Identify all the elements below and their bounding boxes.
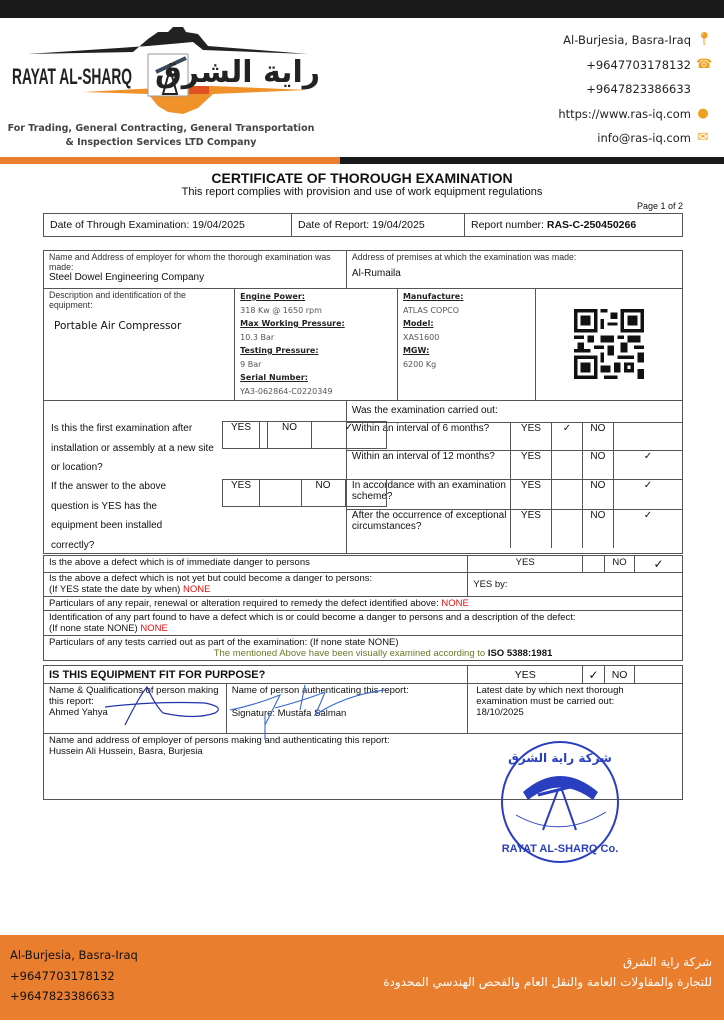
repair-cell: Particulars of any repair, renewal or al… [44,597,683,611]
contact-text[interactable]: +9647703178132 [586,58,691,72]
website-link[interactable]: https://www.ras-iq.com [558,107,691,121]
identification-question: Identification of any part found to have… [49,612,576,623]
no-checkbox[interactable]: ✓ [635,556,683,573]
fit-row: IS THIS EQUIPMENT FIT FOR PURPOSE? YES ✓… [44,666,683,684]
tagline-line-2: & Inspection Services LTD Company [0,136,322,150]
tests-standard: ISO 5388:1981 [488,648,552,659]
page-title: CERTIFICATE OF THOROUGH EXAMINATION [0,170,724,186]
premises-label: Address of premises at which the examina… [352,252,677,262]
spec-label: Model [403,319,430,328]
repair-question: Particulars of any repair, renewal or al… [49,598,439,609]
yes-checkbox[interactable]: ✓ [551,423,582,451]
row-question: Within an interval of 12 months? [347,451,511,480]
repair-value: NONE [441,598,468,609]
future-danger-question: Is the above a defect which is not yet b… [44,573,468,597]
spec-label: Engine Power [240,292,302,301]
spec-label: Manufacture [403,292,460,301]
footer-arabic-name: شركة راية الشرق للتجارة والمقاولات العام… [383,952,712,992]
spec-value: 10.3 Bar [240,333,274,342]
carried-out-cell: Was the examination carried out: Within … [346,401,682,554]
q2-answer-table: YESNO [222,479,387,507]
equipment-value: Portable Air Compressor [49,320,229,332]
maker-name: Ahmed Yahya [49,707,108,718]
spec-label: Serial Number [240,373,305,382]
report-number-cell: Report number: RAS-C-250450266 [465,214,683,237]
yes-label: YES [468,666,583,684]
footer-contacts: Al-Burjesia, Basra-Iraq +9647703178132 +… [10,945,138,1007]
next-exam-date: 18/10/2025 [476,707,524,718]
footer-company-desc-ar: للتجارة والمقاولات العامة والنقل العام و… [383,972,712,992]
spec-value: YA3-062864-C0220349 [240,387,332,396]
certificate-table: Name and Address of employer for whom th… [43,250,683,554]
first-exam-q2: If the answer to the above question is Y… [51,477,191,555]
first-exam-cell: Is this the first examination after inst… [44,401,347,554]
report-number: RAS-C-250450266 [547,219,636,231]
carried-out-row: Within an interval of 12 months?YESNO✓ [347,451,682,480]
no-checkbox[interactable]: ✓ [311,422,386,449]
contact-email[interactable]: info@ras-iq.com✉ [558,126,710,151]
yes-checkbox[interactable] [260,422,268,449]
no-checkbox[interactable] [635,666,683,684]
no-label: NO [582,423,613,451]
yes-checkbox[interactable] [551,451,582,480]
maker-label: Name & Qualifications of person making t… [49,685,219,707]
no-label: NO [605,666,635,684]
divider-orange [0,157,340,164]
svg-text:راية الشرق: راية الشرق [155,55,320,90]
page-number: Page 1 of 2 [637,201,683,211]
contact-address: Al-Burjesia, Basra-Iraq📍︎ [558,28,710,53]
premises-value: Al-Rumaila [352,268,677,279]
maker-cell: Name & Qualifications of person making t… [44,684,227,734]
immediate-danger-question: Is the above a defect which is of immedi… [44,556,468,573]
spec-label: MGW [403,346,426,355]
yes-checkbox[interactable] [551,480,582,510]
employer-cell: Name and Address of employer for whom th… [44,251,347,289]
company-stamp-icon: شركة راية الشرق RAYAT AL-SHARQ Co. [498,740,623,865]
repair-row: Particulars of any repair, renewal or al… [44,597,683,611]
yes-label: YES [223,422,260,449]
spacer [696,82,710,96]
exam-date: 19/04/2025 [192,219,245,231]
phone-icon: ☎ [696,58,710,72]
next-exam-label: Latest date by which next thorough exami… [476,685,623,707]
yes-label: YES [510,451,551,480]
svg-text:RAYAT AL-SHARQ: RAYAT AL-SHARQ [12,64,132,89]
svg-text:شركة راية الشرق: شركة راية الشرق [508,751,612,765]
spec-value: 9 Bar [240,360,261,369]
tests-row: Particulars of any tests carried out as … [44,636,683,661]
envelope-icon: ✉ [696,131,710,145]
contact-text: Al-Burjesia, Basra-Iraq [563,33,691,47]
equipment-label: Description and identification of the eq… [49,290,229,310]
spec-label: Testing Pressure [240,346,315,355]
equipment-desc-cell: Description and identification of the eq… [44,289,235,401]
question-text: (If YES state the date by when) [49,584,180,595]
q1-answer-table: YESNO✓ [222,421,387,449]
divider-black [340,157,724,164]
report-date-cell: Date of Report: 19/04/2025 [292,214,465,237]
auth-signature: Signature: Mustafa Salman [232,708,463,719]
contact-website[interactable]: https://www.ras-iq.com● [558,102,710,127]
premises-cell: Address of premises at which the examina… [346,251,682,289]
defects-table: Is the above a defect which is of immedi… [43,555,683,661]
yes-label: YES [510,480,551,510]
identification-value: NONE [140,623,167,634]
yes-checkbox[interactable] [260,480,302,507]
no-checkbox[interactable] [345,480,387,507]
authenticator-cell: Name of person authenticating this repor… [226,684,468,734]
footer-address: Al-Burjesia, Basra-Iraq [10,945,138,966]
yes-label: YES [510,423,551,451]
footer-company-name-ar: شركة راية الشرق [383,952,712,972]
yes-label: YES [510,510,551,548]
svg-text:RAYAT AL-SHARQ Co.: RAYAT AL-SHARQ Co. [502,843,619,855]
report-date: 19/04/2025 [372,219,425,231]
question-text: If the answer to the above question is Y… [51,481,166,551]
contact-phone-1[interactable]: +9647703178132☎ [558,53,710,78]
no-checkbox[interactable] [613,423,682,451]
tests-cell: Particulars of any tests carried out as … [44,636,683,661]
persons-row: Name & Qualifications of person making t… [44,684,683,734]
footer-phone-2[interactable]: +9647823386633 [10,986,138,1007]
carried-out-heading: Was the examination carried out: [347,401,682,422]
fit-question: IS THIS EQUIPMENT FIT FOR PURPOSE? [44,666,468,684]
yes-checkbox[interactable] [551,510,582,548]
carried-out-table: Within an interval of 6 months?YES✓NO Wi… [347,422,682,548]
next-exam-cell: Latest date by which next thorough exami… [468,684,683,734]
identification-cell: Identification of any part found to have… [44,611,683,636]
carried-out-row: In accordance with an examination scheme… [347,480,682,510]
no-label: NO [582,451,613,480]
no-label: NO [582,510,613,548]
no-checkbox[interactable]: ✓ [613,510,682,548]
globe-icon: ● [696,107,710,121]
no-label: NO [301,480,345,507]
future-danger-value: NONE [183,584,210,595]
contact-text[interactable]: +9647823386633 [586,82,691,96]
email-link[interactable]: info@ras-iq.com [597,131,691,145]
location-pin-icon: 📍︎ [696,33,710,47]
row-question: After the occurrence of exceptional circ… [347,510,511,548]
spec-value: 6200 Kg [403,360,436,369]
specs-left: Engine Power:318 Kw @ 1650 rpm Max Worki… [235,289,398,401]
future-danger-row: Is the above a defect which is not yet b… [44,573,683,597]
exam-date-cell: Date of Through Examination: 19/04/2025 [44,214,292,237]
report-date-label: Date of Report: [298,219,369,231]
yes-by-field[interactable]: YES by: [468,573,683,597]
persons-employer-label: Name and address of employer of persons … [49,735,390,746]
yes-checkbox[interactable]: ✓ [583,666,605,684]
no-checkbox[interactable]: ✓ [613,480,682,510]
no-label: NO [267,422,311,449]
identification-question: (If none state NONE) [49,623,138,634]
company-tagline: For Trading, General Contracting, Genera… [0,122,322,150]
no-checkbox[interactable]: ✓ [613,451,682,480]
yes-checkbox[interactable] [583,556,605,573]
yes-label: YES [223,480,260,507]
question-text: Is this the first examination after inst… [51,423,214,473]
contact-phone-2[interactable]: +9647823386633 [558,77,710,102]
no-label: NO [605,556,635,573]
no-label: NO [582,480,613,510]
spec-value: ATLAS COPCO [403,306,459,315]
specs-right: Manufacture:ATLAS COPCO Model:XAS1600 MG… [397,289,535,401]
spec-label: Max Working Pressure [240,319,341,328]
qr-code-icon[interactable] [574,309,644,379]
company-logo: RAYAT AL-SHARQ راية الشرق [8,24,328,124]
immediate-danger-row: Is the above a defect which is of immedi… [44,556,683,573]
page-footer: Al-Burjesia, Basra-Iraq +9647703178132 +… [0,935,724,1020]
question-text: Is the above a defect which is not yet b… [49,573,372,584]
exam-date-label: Date of Through Examination: [50,219,189,231]
spec-value: XAS1600 [403,333,439,342]
identification-row: Identification of any part found to have… [44,611,683,636]
page-subtitle: This report complies with provision and … [0,186,724,198]
first-exam-q1: Is this the first examination after inst… [51,419,216,478]
employer-value: Steel Dowel Engineering Company [49,272,341,283]
carried-out-row: After the occurrence of exceptional circ… [347,510,682,548]
header-contacts: Al-Burjesia, Basra-Iraq📍︎ +9647703178132… [558,28,710,151]
qr-cell [535,289,683,401]
top-bar [0,0,724,18]
carried-out-row: Within an interval of 6 months?YES✓NO [347,423,682,451]
tests-question: Particulars of any tests carried out as … [49,637,399,648]
footer-phone-1[interactable]: +9647703178132 [10,966,138,987]
auth-label: Name of person authenticating this repor… [232,685,409,696]
persons-employer-value: Hussein Ali Hussein, Basra, Burjesia [49,746,203,757]
tests-value: The mentioned Above have been visually e… [214,648,485,659]
tagline-line-1: For Trading, General Contracting, Genera… [0,122,322,136]
report-header-table: Date of Through Examination: 19/04/2025 … [43,213,683,237]
employer-label: Name and Address of employer for whom th… [49,252,341,272]
yes-label: YES [468,556,583,573]
spec-value: 318 Kw @ 1650 rpm [240,306,322,315]
report-number-label: Report number: [471,219,544,231]
